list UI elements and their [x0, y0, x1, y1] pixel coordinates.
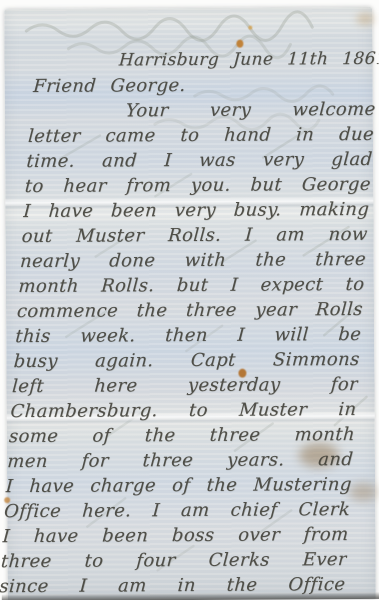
letter-line: men for three years. and: [7, 447, 355, 474]
letter-line: I have been very busy. making: [23, 197, 371, 224]
letter-dateline: Harrisburg June 11th 1861: [32, 47, 379, 74]
letter-line: Office here. I am chief Clerk: [3, 497, 351, 524]
letter-line: Your very welcome: [29, 97, 377, 124]
letter-line: I have charge of the Mustering: [5, 472, 353, 499]
letter-line: out Muster Rolls. I am now: [21, 222, 369, 249]
letter-salutation: Friend George.: [30, 72, 378, 99]
letter-line: commence the three year Rolls: [16, 297, 364, 324]
letter-line: nearly done with the three: [19, 247, 367, 274]
letter-line: to hear from you. but George: [24, 172, 372, 199]
letter-photograph: Harrisburg June 11th 1861 Friend George.…: [0, 0, 379, 600]
letter-line: this week. then I will be: [15, 322, 363, 349]
paper-bottom-shadow: [2, 592, 379, 600]
stain-orange-top-small: [248, 26, 252, 30]
letter-line: I have been boss over from: [2, 522, 350, 549]
handwritten-text: Harrisburg June 11th 1861 Friend George.…: [0, 47, 379, 599]
ghost-writing-stroke: [26, 12, 312, 42]
letter-line: month Rolls. but I expect to: [18, 272, 366, 299]
stain-brown-right-lower: [349, 483, 377, 501]
letter-line: some of the three month: [8, 422, 356, 449]
stain-corner-top-right: [356, 13, 374, 25]
letter-line: time. and I was very glad: [26, 147, 374, 174]
letter-line: three to four Clerks Ever: [0, 547, 348, 574]
letter-line: left here yesterday for: [11, 372, 359, 399]
stain-orange-top: [236, 40, 243, 48]
letter-line: Chambersburg. to Muster in: [10, 397, 358, 424]
letter-paper: Harrisburg June 11th 1861 Friend George.…: [4, 7, 376, 600]
letter-line: busy again. Capt Simmons: [13, 347, 361, 374]
letter-line: letter came to hand in due: [27, 122, 375, 149]
